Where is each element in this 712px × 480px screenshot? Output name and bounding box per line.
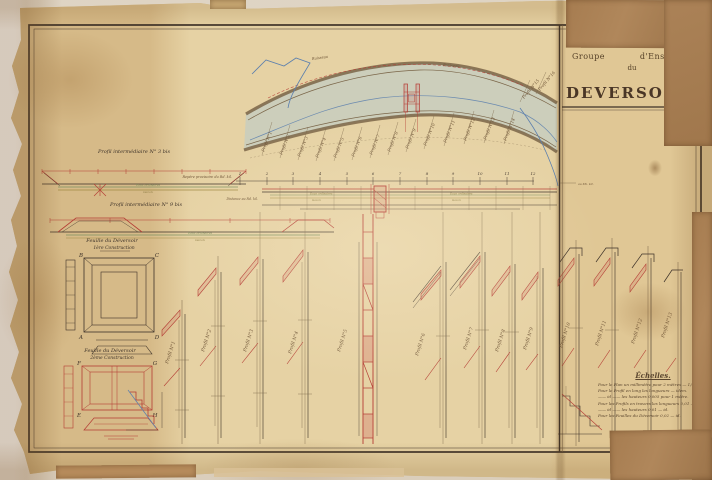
corner-letter: E bbox=[76, 413, 81, 419]
scanned-drawing-sheet: Profil N°1 Profil N°2 Profil N°3 Profil … bbox=[0, 0, 712, 480]
grass-label: Gazon bbox=[143, 190, 153, 194]
station-number: 1 bbox=[239, 171, 242, 176]
strip-label: Profil N°2 bbox=[200, 329, 213, 354]
benchmark-note: Repère provisoire du Rd. kil. bbox=[182, 175, 232, 179]
strip-label: Profil N°4 bbox=[287, 331, 300, 356]
strip-label: Profil N°8 bbox=[494, 329, 507, 354]
station-number: 2 bbox=[265, 171, 269, 176]
station-number: 9 bbox=[452, 171, 455, 176]
cross-section-2: Profil intermédiaire N° 9 bis Eaux ordin… bbox=[50, 201, 334, 242]
strip-label: Profil N°7 bbox=[462, 327, 475, 352]
sheet-title: Feuille du Déversoir bbox=[83, 347, 136, 354]
corner-letter: G bbox=[153, 361, 158, 367]
plan-profile-label: Profil N°11 bbox=[442, 119, 456, 144]
corner-letter: D bbox=[154, 335, 160, 341]
profile-strip bbox=[283, 212, 312, 444]
strip-label: Profil N°12 bbox=[630, 318, 644, 346]
water-level-label: Eaux ordinaires bbox=[309, 192, 333, 196]
profile-strip bbox=[240, 212, 267, 444]
weir-sheet-1: Feuille du Déversoir 1ère Construction B… bbox=[66, 237, 160, 354]
water-level-label: Eaux ordinaires bbox=[449, 192, 473, 196]
station-number: 8 bbox=[426, 171, 429, 176]
weir-profile-strip bbox=[359, 214, 377, 444]
sheet-title: Feuille du Déversoir bbox=[85, 237, 138, 244]
grass-label: Gazon bbox=[452, 198, 461, 202]
weir-sheet-2: Feuille du Déversoir 2ème Construction F… bbox=[64, 347, 162, 439]
corner-letter: F bbox=[76, 361, 81, 367]
station-number: 5 bbox=[346, 171, 349, 176]
station-number: 7 bbox=[399, 171, 402, 176]
scales-sketch bbox=[558, 386, 602, 434]
tape-patch bbox=[664, 0, 712, 146]
tape-patch bbox=[210, 0, 246, 9]
corner-letter: C bbox=[155, 253, 160, 259]
title-group-word: Groupe bbox=[572, 52, 605, 61]
strip-label: Profil N°13 bbox=[660, 312, 674, 340]
fold-note: au XX. kil. bbox=[578, 182, 594, 186]
station-number: 11 bbox=[504, 171, 509, 176]
station-number: 3 bbox=[292, 171, 295, 176]
sheet-subtitle: 2ème Construction bbox=[89, 354, 134, 361]
tape-patch bbox=[214, 468, 404, 477]
stream-label: Ruisseau bbox=[311, 55, 330, 61]
cross-section-title: Profil intermédiaire N° 3 bis bbox=[97, 148, 171, 155]
longitudinal-profile: 1 2 3 4 5 6 7 8 9 10 11 12 Repère provis… bbox=[182, 171, 594, 218]
plan-profile-label: Profil N°12 bbox=[462, 117, 476, 142]
river-water bbox=[244, 63, 557, 152]
plan-profile-label: Profil N°10 bbox=[422, 122, 436, 147]
plan-profile-label: Profil N°7 bbox=[368, 134, 381, 157]
strip-label: Profil N°6 bbox=[414, 333, 427, 358]
plan-profile-label: Profil N°4 bbox=[314, 137, 327, 160]
plan-profile-label: Profil N°6 bbox=[350, 136, 363, 159]
strip-label: Profil N°9 bbox=[522, 327, 535, 352]
tape-patch bbox=[610, 429, 712, 480]
strip-label: Profil N°3 bbox=[242, 329, 255, 354]
station-number: 12 bbox=[530, 171, 536, 176]
tape-patch bbox=[56, 464, 196, 478]
grass-label: Gazon bbox=[195, 238, 205, 242]
water-level-label: Eaux ordinaires bbox=[135, 183, 161, 187]
strip-label: Profil N°5 bbox=[336, 329, 349, 354]
cross-section-1: Profil intermédiaire N° 3 bis Eaux ordin… bbox=[42, 148, 246, 196]
grass-label: Gazon bbox=[312, 198, 321, 202]
profile-strip bbox=[492, 212, 519, 444]
strip-label: Profil N°11 bbox=[594, 320, 608, 348]
sheet-subtitle: 1ère Construction bbox=[93, 244, 134, 251]
cross-section-title: Profil intermédiaire N° 9 bis bbox=[109, 201, 183, 208]
plan-profile-label: Profil N°5 bbox=[332, 137, 345, 160]
distance-note: Distance au Rd. kil. bbox=[225, 197, 258, 201]
station-number: 6 bbox=[372, 171, 375, 176]
corner-letter: A bbox=[78, 335, 83, 341]
water-level-label: Eaux ordinaires bbox=[187, 231, 213, 235]
weir-long-profile bbox=[371, 184, 389, 218]
profile-strip bbox=[162, 300, 189, 444]
plan-view: Profil N°1 Profil N°2 Profil N°3 Profil … bbox=[244, 55, 558, 186]
plan-profile-label: Profil N°8 bbox=[386, 131, 399, 154]
station-number: 4 bbox=[318, 171, 322, 176]
station-number: 10 bbox=[477, 171, 483, 176]
strip-label: Profil N°1 bbox=[164, 341, 177, 366]
corner-letter: B bbox=[78, 253, 83, 259]
profile-strip bbox=[413, 212, 450, 444]
plan-profile-label: Profil N°3 bbox=[296, 136, 309, 159]
